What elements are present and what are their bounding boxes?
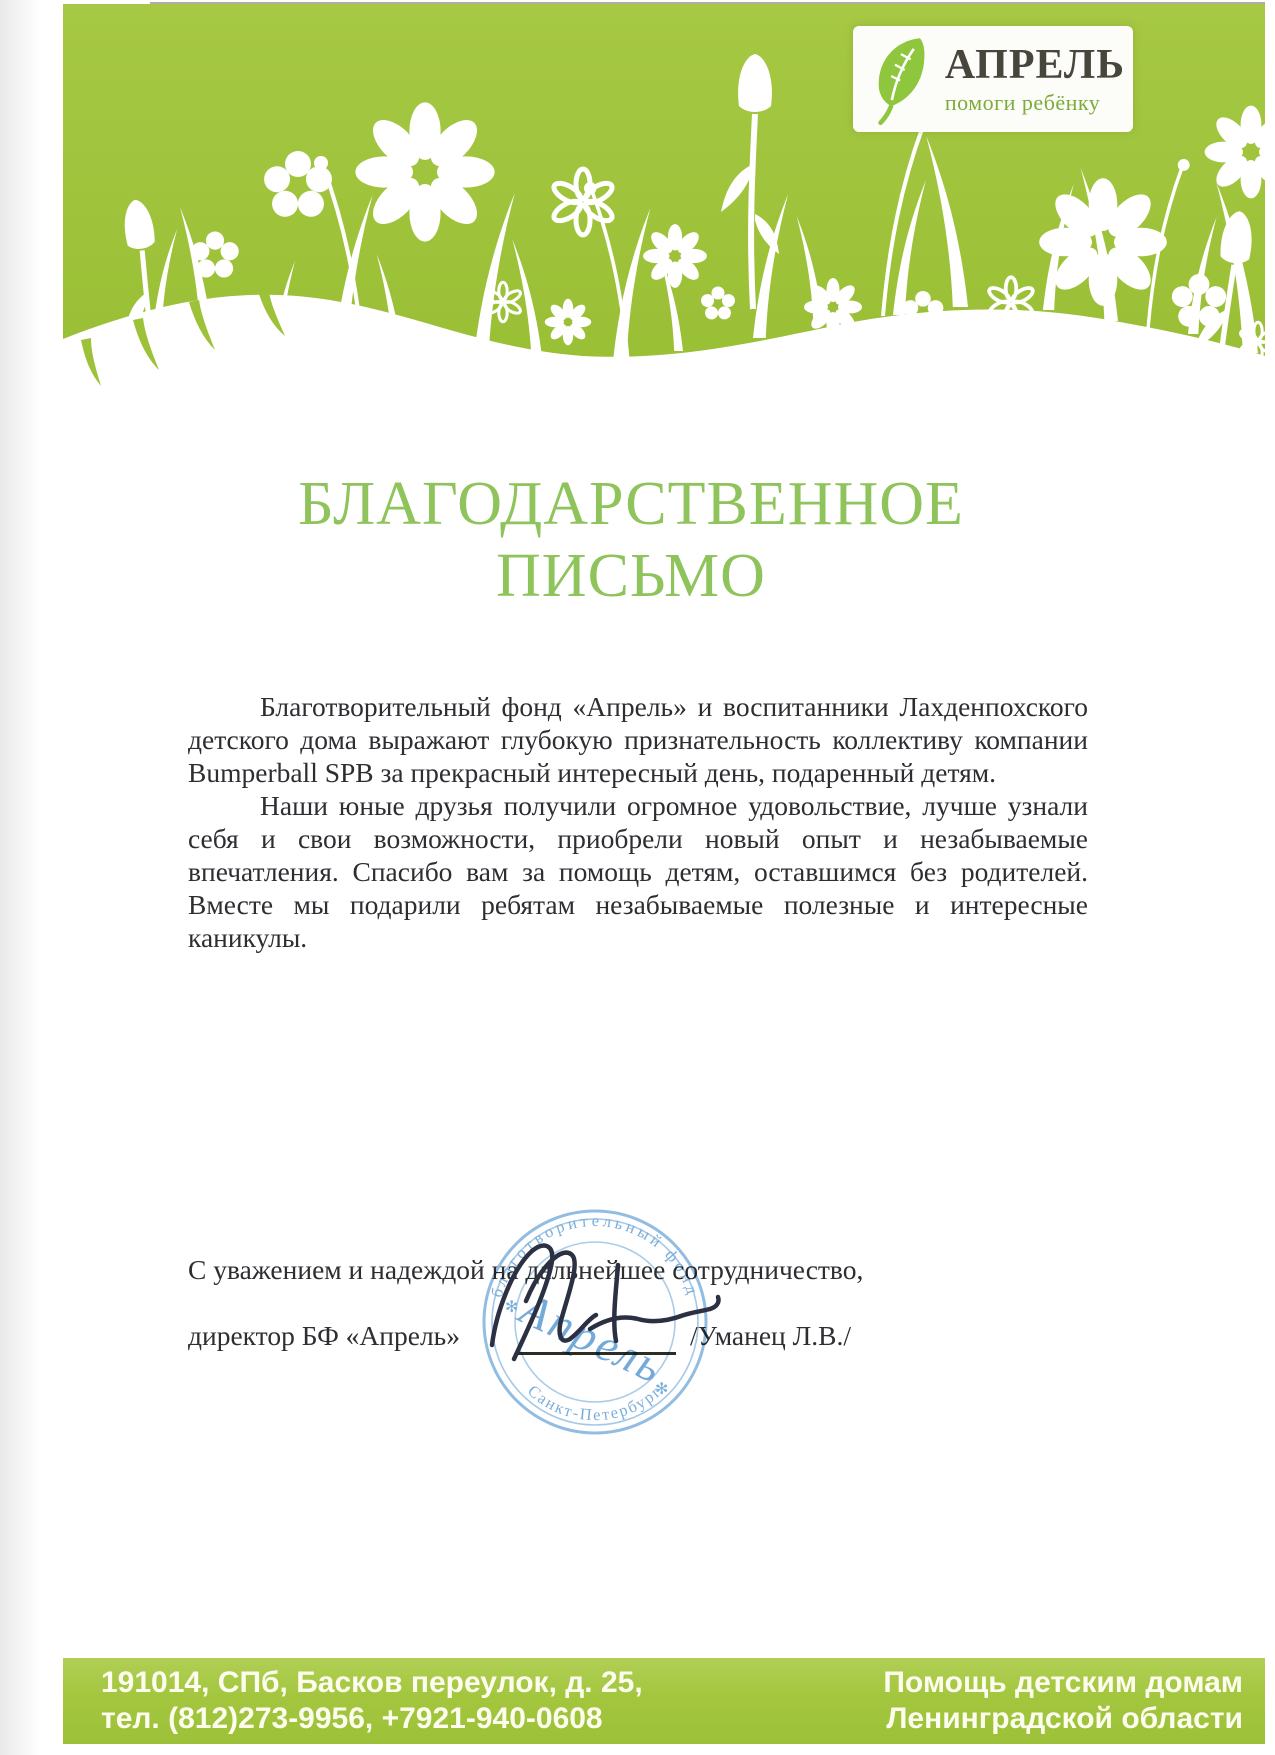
page-title-line1: БЛАГОДАРСТВЕННОЕ <box>30 468 1232 540</box>
flower-icon <box>545 299 591 345</box>
footer-address: 191014, СПб, Басков переулок, д. 25, тел… <box>101 1665 643 1737</box>
flower-icon <box>699 287 736 322</box>
letter-paragraph: Наши юные друзья получили огромное удово… <box>188 789 1088 954</box>
footer-contact-band: 191014, СПб, Басков переулок, д. 25, тел… <box>63 1658 1265 1744</box>
org-name: АПРЕЛЬ <box>945 44 1125 86</box>
scanned-letter-page: АПРЕЛЬ помоги ребёнку БЛАГОДАРСТВЕННОЕ П… <box>0 0 1275 1755</box>
letter-body: Благотворительный фонд «Апрель» и воспит… <box>188 690 1088 954</box>
signature-prefix: директор БФ «Апрель» <box>188 1320 460 1352</box>
footer-mission-line2: Ленинградской области <box>883 1701 1243 1737</box>
scan-edge-shadow <box>0 0 40 1755</box>
org-tagline: помоги ребёнку <box>945 92 1125 114</box>
page-title: БЛАГОДАРСТВЕННОЕ ПИСЬМО <box>30 468 1232 612</box>
flower-icon <box>804 278 862 336</box>
flower-icon <box>355 102 494 241</box>
meadow-wave <box>63 295 1265 404</box>
flower-icon <box>1205 106 1265 199</box>
footer-mission-line1: Помощь детским домам <box>883 1665 1243 1701</box>
page-title-line2: ПИСЬМО <box>30 540 1232 612</box>
handwritten-signature <box>468 1225 738 1385</box>
flower-icon <box>551 169 615 235</box>
footer-address-line1: 191014, СПб, Басков переулок, д. 25, <box>101 1665 643 1701</box>
footer-mission: Помощь детским домам Ленинградской облас… <box>883 1665 1243 1737</box>
leaf-icon <box>867 31 935 127</box>
logo: АПРЕЛЬ помоги ребёнку <box>853 26 1133 132</box>
flower-icon <box>643 224 707 288</box>
letter-paragraph: Благотворительный фонд «Апрель» и воспит… <box>188 690 1088 789</box>
footer-address-line2: тел. (812)273-9956, +7921-940-0608 <box>101 1701 643 1737</box>
